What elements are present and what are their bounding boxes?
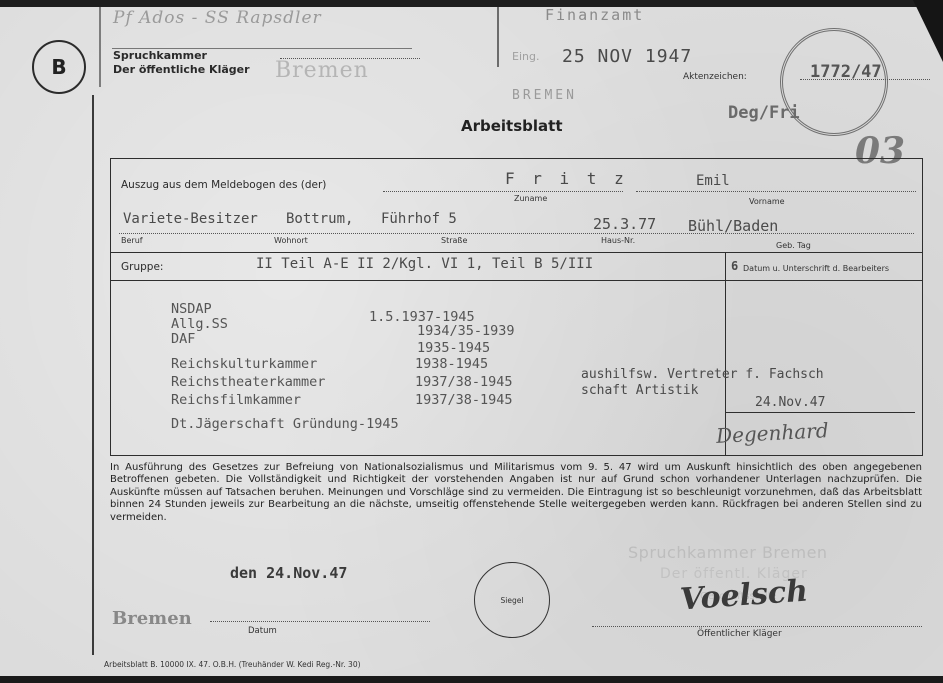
registration-excerpt-box: Auszug aus dem Meldebogen des (der) F r … [110, 158, 923, 456]
worker-date: 24.Nov.47 [755, 395, 825, 410]
margin-rule [92, 95, 94, 655]
handwritten-note: Pf Ados - SS Rapsdler [113, 8, 322, 28]
issuer-dotted-line [280, 58, 420, 59]
membership-period: 1937/38-1945 [415, 392, 513, 408]
signing-place: Bremen [112, 608, 192, 629]
file-ref-label: Aktenzeichen: [683, 72, 747, 82]
form-footer: Arbeitsblatt B. 10000 IX. 47. O.B.H. (Tr… [104, 660, 361, 669]
date-label: Datum [248, 626, 277, 636]
received-stamp-prefix: Eing. [512, 50, 539, 63]
membership-org: NSDAP [171, 301, 212, 317]
excerpt-label: Auszug aus dem Meldebogen des (der) [121, 179, 326, 191]
residence-value: Bottrum, [286, 211, 353, 227]
city-stamp: Bremen [275, 58, 369, 83]
occupation-value: Variete-Besitzer [123, 211, 258, 227]
street-label: Straße [441, 236, 467, 245]
seal-circle: Siegel [474, 562, 550, 638]
date-line [210, 621, 430, 622]
details-line [119, 233, 914, 234]
group-label: Gruppe: [121, 261, 163, 273]
street-value: Führhof 5 [381, 211, 457, 227]
surname-label: Zuname [514, 194, 547, 203]
occupation-label: Beruf [121, 236, 143, 245]
worker-signature: Degenhard [715, 418, 829, 448]
scan-corner-fold [913, 0, 943, 62]
received-stamp-office: Finanzamt [545, 6, 644, 24]
membership-org: Allg.SS [171, 316, 228, 332]
membership-org: DAF [171, 331, 195, 347]
instructions-paragraph: In Ausführung des Gesetzes zur Befreiung… [110, 462, 922, 524]
membership-org: Dt.Jägerschaft Gründung-1945 [171, 416, 399, 432]
document-page: B Pf Ados - SS Rapsdler Spruchkammer Der… [0, 0, 943, 683]
note-line-2: schaft Artistik [581, 383, 698, 398]
firstname-label: Vorname [749, 197, 785, 206]
scan-edge-top [0, 0, 943, 7]
received-stamp-date: 25 NOV 1947 [562, 46, 692, 67]
surname-value: F r i t z [505, 169, 628, 188]
membership-org: Reichstheaterkammer [171, 374, 325, 390]
firstname-line [636, 191, 916, 192]
received-stamp-city: BREMEN [512, 88, 577, 103]
membership-period: 1934/35-1939 [417, 323, 515, 339]
membership-period: 1937/38-1945 [415, 374, 513, 390]
seal-label: Siegel [501, 596, 524, 605]
membership-org: Reichsfilmkammer [171, 392, 301, 408]
signature-line [592, 626, 922, 627]
birthdate-value: 25.3.77 [593, 215, 656, 233]
header-divider [497, 7, 499, 67]
prosecutor-signature: Voelsch [679, 574, 809, 618]
date-signature-label: Datum u. Unterschrift d. Bearbeiters [743, 264, 889, 273]
note-line-1: aushilfsw. Vertreter f. Fachsch [581, 367, 824, 382]
issuer-role: Der öffentliche Kläger [113, 63, 250, 76]
issuer-name: Spruchkammer [113, 49, 207, 62]
membership-period: 1935-1945 [417, 340, 490, 356]
group-mark: 6 [731, 259, 738, 273]
residence-label: Wohnort [274, 236, 308, 245]
membership-org: Reichskulturkammer [171, 356, 317, 372]
signer-label: Öffentlicher Kläger [697, 629, 782, 639]
worker-date-line [725, 412, 915, 413]
membership-period: 1938-1945 [415, 356, 488, 372]
form-letter: B [51, 55, 66, 79]
group-row-top-rule [111, 252, 922, 253]
file-ref-line [800, 79, 930, 80]
scan-edge-bottom [0, 676, 943, 683]
surname-line [383, 191, 623, 192]
firstname-value: Emil [696, 173, 730, 189]
form-letter-badge: B [32, 40, 86, 94]
birth-label: Geb. Tag [776, 241, 811, 250]
file-ref-initials: Deg/Fri [728, 103, 800, 123]
house-no-label: Haus-Nr. [601, 236, 635, 245]
page-title: Arbeitsblatt [461, 117, 563, 135]
official-stamp-line1: Spruchkammer Bremen [628, 543, 828, 562]
group-row-bottom-rule [111, 280, 922, 281]
group-value: II Teil A-E II 2/Kgl. VI 1, Teil B 5/III [256, 256, 593, 272]
margin-rule-top [99, 7, 101, 87]
signing-date: den 24.Nov.47 [230, 564, 347, 582]
